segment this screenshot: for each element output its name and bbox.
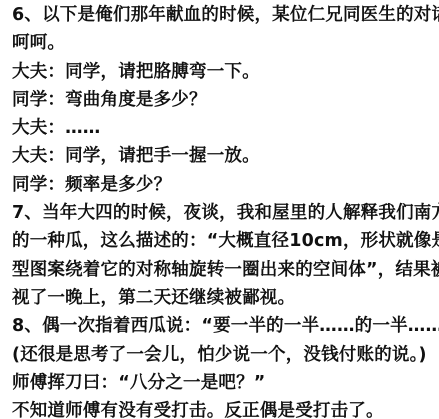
joke-6-dialogue-doctor-3: 大夫：同学，请把手一握一放。 (12, 142, 439, 170)
joke-6-intro-line-1: 6、以下是俺们那年献血的时候，某位仁兄同医生的对话， (12, 1, 439, 29)
joke-7-line-1: 7、当年大四的时候，夜谈，我和屋里的人解释我们南方有 (12, 199, 439, 227)
joke-8-line-4: 不知道师傅有没有受打击。反正偶是受打击了。 (12, 397, 439, 419)
joke-8-line-1: 8、偶一次指着西瓜说：“要一半的一半……的一半……” (12, 312, 439, 340)
jokes-document: 6、以下是俺们那年献血的时候，某位仁兄同医生的对话， 呵呵。 大夫：同学，请把胳… (12, 1, 439, 419)
joke-6-dialogue-doctor-2: 大夫：…… (12, 114, 439, 142)
joke-8-line-3: 师傅挥刀曰：“八分之一是吧？” (12, 369, 439, 397)
joke-7-line-2: 的一种瓜，这么描述的：“大概直径10cm，形状就像是心 (12, 227, 439, 255)
joke-7-line-3: 型图案绕着它的对称轴旋转一圈出来的空间体”，结果被鄙 (12, 256, 439, 284)
joke-6-dialogue-doctor-1: 大夫：同学，请把胳膊弯一下。 (12, 58, 439, 86)
joke-6-dialogue-student-1: 同学：弯曲角度是多少？ (12, 86, 439, 114)
joke-6-dialogue-student-2: 同学：频率是多少？ (12, 171, 439, 199)
joke-8-line-2: (还很是思考了一会儿，怕少说一个，没钱付账的说。) (12, 341, 439, 369)
joke-6-intro-line-2: 呵呵。 (12, 29, 439, 57)
joke-7-line-4: 视了一晚上，第二天还继续被鄙视。 (12, 284, 439, 312)
